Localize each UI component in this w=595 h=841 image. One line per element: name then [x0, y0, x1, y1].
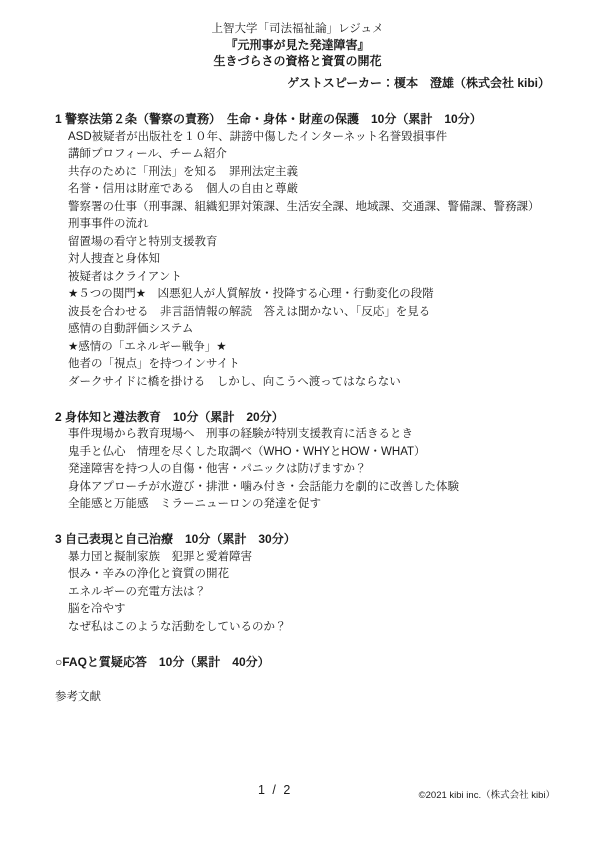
- outline-line: 対人捜査と身体知: [55, 251, 575, 269]
- section-faq: ○FAQと質疑応答 10分（累計 40分）: [55, 654, 575, 672]
- section-3: 3 自己表現と自己治療 10分（累計 30分） 暴力団と擬制家族 犯罪と愛着障害…: [55, 531, 575, 636]
- guest-speaker-line: ゲストスピーカー：榎本 澄雄（株式会社 kibi）: [0, 75, 595, 91]
- outline-line: 身体アプローチが水遊び・排泄・噛み付き・会話能力を劇的に改善した体験: [55, 479, 575, 497]
- outline-line: ★感情の「エネルギー戦争」★: [55, 339, 575, 357]
- outline-line: 講師プロフィール、チーム紹介: [55, 146, 575, 164]
- lecture-title: 『元刑事が見た発達障害』: [0, 37, 595, 53]
- lecture-subtitle: 生きづらさの資格と資質の開花: [0, 53, 595, 69]
- outline-line: 警察署の仕事（刑事課、組織犯罪対策課、生活安全課、地域課、交通課、警備課、警務課…: [55, 199, 575, 217]
- outline-line: 事件現場から教育現場へ 刑事の経験が特別支援教育に活きるとき: [55, 426, 575, 444]
- section-heading: 3 自己表現と自己治療 10分（累計 30分）: [55, 531, 575, 549]
- outline-line: エネルギーの充電方法は？: [55, 584, 575, 602]
- outline-line: 共存のために「刑法」を知る 罪刑法定主義: [55, 164, 575, 182]
- section-1: 1 警察法第２条（警察の責務） 生命・身体・財産の保護 10分（累計 10分） …: [55, 111, 575, 391]
- outline-line: ★５つの関門★ 凶悪犯人が人質解放・投降する心理・行動変化の段階: [55, 286, 575, 304]
- outline-line: 暴力団と擬制家族 犯罪と愛着障害: [55, 549, 575, 567]
- document-page: 上智大学「司法福祉論」レジュメ 『元刑事が見た発達障害』 生きづらさの資格と資質…: [0, 0, 595, 841]
- outline-line: 留置場の看守と特別支援教育: [55, 234, 575, 252]
- outline-line: 脳を冷やす: [55, 601, 575, 619]
- outline-line: 全能感と万能感 ミラーニューロンの発達を促す: [55, 496, 575, 514]
- outline-line: 波長を合わせる 非言語情報の解読 答えは聞かない、「反応」を見る: [55, 304, 575, 322]
- outline-line: ダークサイドに橋を掛ける しかし、向こうへ渡ってはならない: [55, 374, 575, 392]
- document-header: 上智大学「司法福祉論」レジュメ 『元刑事が見た発達障害』 生きづらさの資格と資質…: [0, 0, 595, 91]
- section-2: 2 身体知と遵法教育 10分（累計 20分） 事件現場から教育現場へ 刑事の経験…: [55, 409, 575, 514]
- outline-line: 感情の自動評価システム: [55, 321, 575, 339]
- outline-line: なぜ私はこのような活動をしているのか？: [55, 619, 575, 637]
- outline-line: 鬼手と仏心 情理を尽くした取調べ（WHO・WHYとHOW・WHAT）: [55, 444, 575, 462]
- section-heading: ○FAQと質疑応答 10分（累計 40分）: [55, 654, 575, 672]
- outline-content: 1 警察法第２条（警察の責務） 生命・身体・財産の保護 10分（累計 10分） …: [55, 111, 575, 706]
- outline-line: 被疑者はクライアント: [55, 269, 575, 287]
- section-heading: 2 身体知と遵法教育 10分（累計 20分）: [55, 409, 575, 427]
- course-title: 上智大学「司法福祉論」レジュメ: [0, 21, 595, 37]
- references-label: 参考文献: [55, 689, 575, 707]
- outline-line: 名誉・信用は財産である 個人の自由と尊厳: [55, 181, 575, 199]
- copyright-notice: ©2021 kibi inc.（株式会社 kibi）: [419, 787, 555, 801]
- outline-line: 恨み・辛みの浄化と資質の開花: [55, 566, 575, 584]
- outline-line: 他者の「視点」を持つインサイト: [55, 356, 575, 374]
- outline-line: 刑事事件の流れ: [55, 216, 575, 234]
- section-heading: 1 警察法第２条（警察の責務） 生命・身体・財産の保護 10分（累計 10分）: [55, 111, 575, 129]
- outline-line: 発達障害を持つ人の自傷・他害・パニックは防げますか？: [55, 461, 575, 479]
- page-number: 1 / 2: [258, 783, 292, 797]
- outline-line: ASD被疑者が出版社を１０年、誹謗中傷したインターネット名誉毀損事件: [55, 129, 575, 147]
